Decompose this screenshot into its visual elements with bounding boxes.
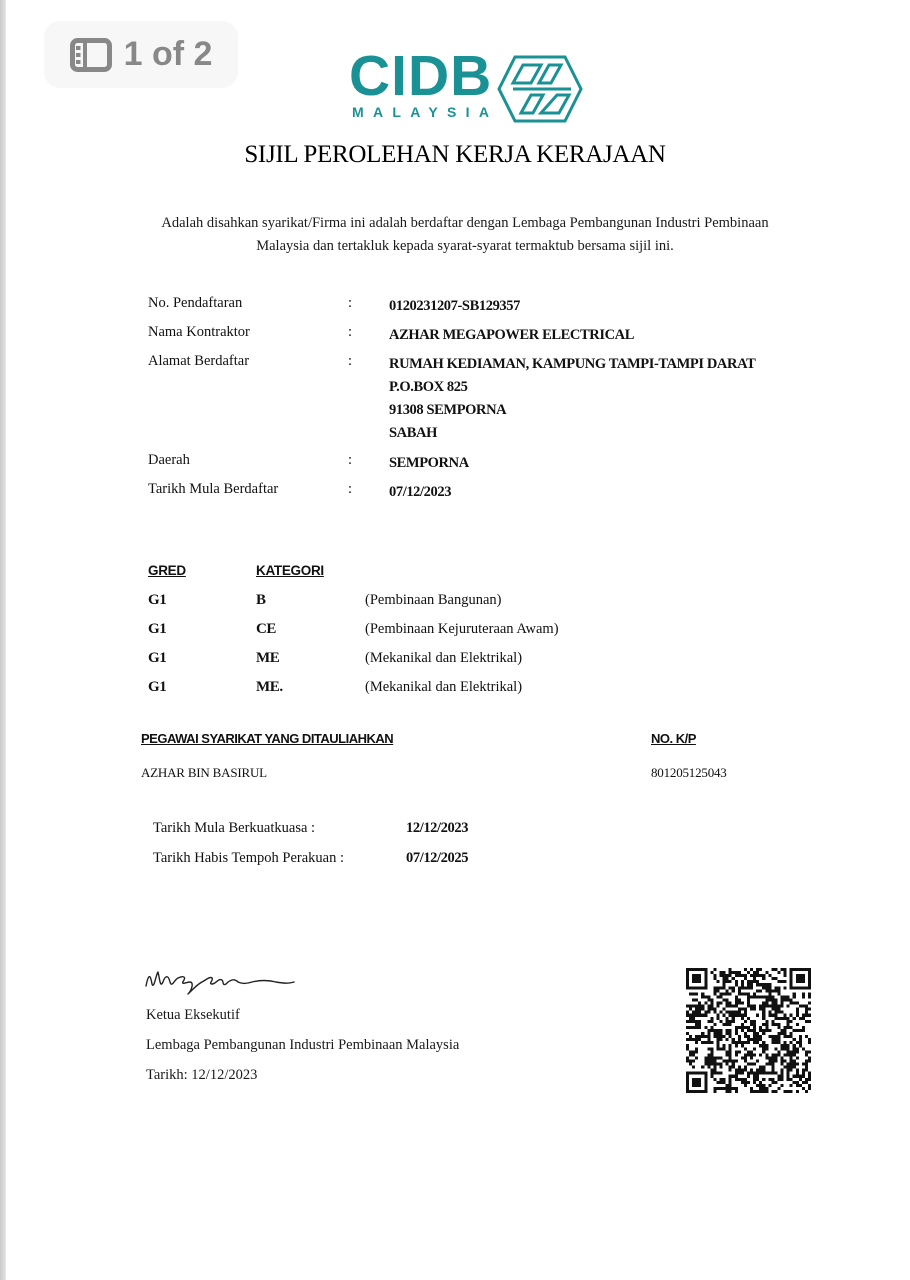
signature-image [142,960,302,1000]
page-indicator-text: 1 of 2 [124,35,213,74]
field-colon: : [348,452,352,469]
category-description: (Mekanikal dan Elektrikal) [365,650,522,667]
validity-start-label: Tarikh Mula Berkuatkuasa : [153,820,315,837]
grade-value: G1 [148,592,166,609]
grade-value: G1 [148,679,166,696]
signatory-block: Ketua Eksekutif Lembaga Pembangunan Indu… [146,1004,459,1094]
qr-code[interactable] [686,968,811,1093]
signatory-organisation: Lembaga Pembangunan Industri Pembinaan M… [146,1034,459,1064]
validity-end-label: Tarikh Habis Tempoh Perakuan : [153,850,344,867]
page-indicator-button[interactable]: 1 of 2 [44,21,238,88]
certificate-title: SIJIL PEROLEHAN KERJA KERAJAAN [0,141,910,169]
sidebar-panel-icon [70,38,112,72]
field-colon: : [348,481,352,498]
signatory-date: Tarikh: 12/12/2023 [146,1064,459,1094]
grade-row: G1 ME. (Mekanikal dan Elektrikal) [0,679,910,708]
field-colon: : [348,324,352,341]
category-value: ME. [256,679,283,696]
validity-start-value: 12/12/2023 [406,820,468,837]
logo-wordmark: CIDB [349,44,492,108]
address-line: P.O.BOX 825 [389,376,755,399]
certificate-intro: Adalah disahkan syarikat/Firma ini adala… [120,212,810,258]
validity-end-value: 07/12/2025 [406,850,468,867]
address-line: SABAH [389,422,755,445]
address-lines: RUMAH KEDIAMAN, KAMPUNG TAMPI-TAMPI DARA… [389,353,755,445]
category-value: ME [256,650,279,667]
grade-row: G1 ME (Mekanikal dan Elektrikal) [0,650,910,679]
field-label: Daerah [148,452,348,469]
field-label: Nama Kontraktor [148,324,348,341]
address-line: RUMAH KEDIAMAN, KAMPUNG TAMPI-TAMPI DARA… [389,353,755,376]
ic-number-header: NO. K/P [651,731,696,746]
logo-subtitle: MALAYSIA [352,104,498,120]
category-value: CE [256,621,276,638]
officer-name: AZHAR BIN BASIRUL [141,765,267,781]
field-value: 07/12/2023 [389,481,451,504]
signatory-title: Ketua Eksekutif [146,1004,459,1034]
grade-row: G1 B (Pembinaan Bangunan) [0,592,910,621]
field-label: No. Pendaftaran [148,295,348,312]
category-column-header: KATEGORI [256,563,324,578]
field-value: AZHAR MEGAPOWER ELECTRICAL [389,324,634,347]
field-label: Alamat Berdaftar [148,353,348,370]
address-line: 91308 SEMPORNA [389,399,755,422]
cidb-logo: CIDB MALAYSIA [345,50,590,126]
officer-header: PEGAWAI SYARIKAT YANG DITAULIAHKAN [141,731,393,746]
officer-ic-number: 801205125043 [651,765,727,781]
field-colon: : [348,295,352,312]
field-colon: : [348,353,352,370]
grade-row: G1 CE (Pembinaan Kejuruteraan Awam) [0,621,910,650]
grade-column-header: GRED [148,563,186,578]
field-label: Tarikh Mula Berdaftar [148,481,348,498]
category-description: (Pembinaan Kejuruteraan Awam) [365,621,559,638]
field-value: 0120231207-SB129357 [389,295,520,318]
intro-line-1: Adalah disahkan syarikat/Firma ini adala… [120,212,810,235]
category-description: (Mekanikal dan Elektrikal) [365,679,522,696]
field-value: SEMPORNA [389,452,469,475]
intro-line-2: Malaysia dan tertakluk kepada syarat-sya… [120,235,810,258]
category-description: (Pembinaan Bangunan) [365,592,502,609]
category-value: B [256,592,266,609]
grade-value: G1 [148,621,166,638]
grade-value: G1 [148,650,166,667]
cidb-emblem-icon [491,55,583,123]
